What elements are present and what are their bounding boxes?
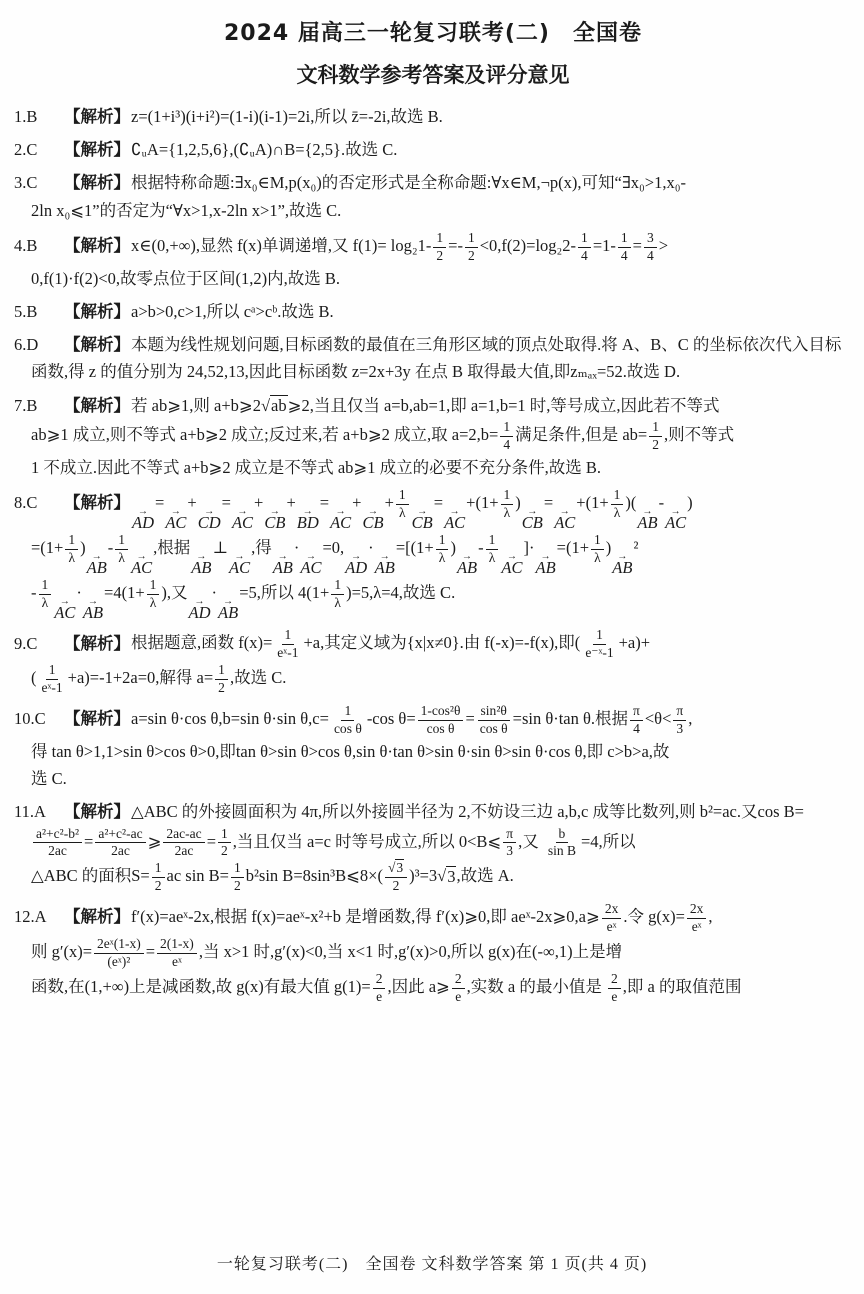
vector-expression: →AC xyxy=(554,509,575,532)
vector-expression: →AB xyxy=(87,554,107,577)
vector-expression: →AB xyxy=(612,554,632,577)
answer-item: 7.B【解析】若 ab⩾1,则 a+b⩾2√ab⩾2,当且仅当 a=b,ab=1… xyxy=(14,392,852,481)
fraction-expression: 12 xyxy=(152,860,165,895)
fraction-expression: 34 xyxy=(644,230,657,265)
fraction-expression: 2(1-x)eˣ xyxy=(157,936,197,971)
analysis-label: 【解析】 xyxy=(64,236,130,255)
vector-expression: →AC xyxy=(300,554,321,577)
solution-first-line: 11.A【解析】△ABC 的外接圆面积为 4π,所以外接圆半径为 2,不妨设三边… xyxy=(14,798,852,825)
answer-item: 8.C【解析】→AD=→AC+→CD=→AC+→CB+→BD=→AC+→CB+1… xyxy=(14,487,852,622)
vector-expression: →AC xyxy=(165,509,186,532)
fraction-expression: π3 xyxy=(503,826,516,861)
solution-line: 选 C. xyxy=(14,765,852,792)
fraction-expression: 1λ xyxy=(39,577,52,612)
vector-expression: →AC xyxy=(54,599,75,622)
answer-item: 11.A【解析】△ABC 的外接圆面积为 4π,所以外接圆半径为 2,不妨设三边… xyxy=(14,798,852,895)
fraction-expression: 2e xyxy=(608,971,621,1006)
analysis-label: 【解析】 xyxy=(64,140,130,159)
fraction-expression: 2xeˣ xyxy=(602,901,622,936)
question-number-answer: 8.C xyxy=(14,489,54,516)
page-title: 2024 届高三一轮复习联考(二) 全国卷 xyxy=(14,16,852,47)
solution-first-line: 9.C【解析】根据题意,函数 f(x)=1eˣ-1+a,其定义域为{x|x≠0}… xyxy=(14,627,852,662)
answer-item: 1.B【解析】z=(1+i³)(i+i²)=(1-i)(i-1)=2i,所以 z… xyxy=(14,103,852,130)
question-number-answer: 12.A xyxy=(14,903,54,930)
fraction-expression: 1eˣ-1 xyxy=(274,627,301,662)
fraction-expression: π3 xyxy=(673,703,686,738)
solution-line: 得 tan θ>1,1>sin θ>cos θ>0,即tan θ>sin θ>c… xyxy=(14,738,852,765)
solution-line: 1 不成立.因此不等式 a+b⩾2 成立是不等式 ab⩾1 成立的必要不充分条件… xyxy=(14,454,852,481)
vector-expression: →AC xyxy=(501,554,522,577)
page-footer: 一轮复习联考(二) 全国卷 文科数学答案 第 1 页(共 4 页) xyxy=(0,1251,864,1274)
solution-first-line: 4.B【解析】x∈(0,+∞),显然 f(x)单调递增,又 f(1)= log₂… xyxy=(14,230,852,265)
fraction-expression: 12 xyxy=(433,230,446,265)
solution-line: a²+c²-b²2ac=a²+c²-ac2ac⩾2ac-ac2ac=12,当且仅… xyxy=(14,826,852,861)
solution-line: =(1+1λ)→AB-1λ→AC,根据→AB⊥→AC,得→AB·→AC=0,→A… xyxy=(14,532,852,577)
analysis-label: 【解析】 xyxy=(64,907,130,926)
fraction-expression: 1λ xyxy=(591,532,604,567)
fraction-expression: 2ac-ac2ac xyxy=(163,826,204,861)
solution-first-line: 12.A【解析】f′(x)=aeˣ-2x,根据 f(x)=aeˣ-x²+b 是增… xyxy=(14,901,852,936)
fraction-expression: a²+c²-b²2ac xyxy=(33,826,82,861)
answer-item: 2.C【解析】∁ᵤA={1,2,5,6},(∁ᵤA)∩B={2,5}.故选 C. xyxy=(14,136,852,163)
question-number-answer: 7.B xyxy=(14,392,54,419)
vector-expression: →CB xyxy=(362,509,383,532)
solution-line: ab⩾1 成立,则不等式 a+b⩾2 成立;反过来,若 a+b⩾2 成立,取 a… xyxy=(14,419,852,454)
answer-item: 10.C【解析】a=sin θ·cos θ,b=sin θ·sin θ,c=1c… xyxy=(14,703,852,792)
analysis-label: 【解析】 xyxy=(64,107,130,126)
fraction-expression: 12 xyxy=(649,419,662,454)
fraction-expression: 2eˣ(1-x)(eˣ)² xyxy=(94,936,144,971)
fraction-expression: 12 xyxy=(215,662,228,697)
fraction-expression: 14 xyxy=(618,230,631,265)
vector-expression: →AD xyxy=(345,554,367,577)
fraction-expression: 2xeˣ xyxy=(687,901,707,936)
fraction-expression: 12 xyxy=(218,826,231,861)
analysis-label: 【解析】 xyxy=(64,493,130,512)
question-number-answer: 6.D xyxy=(14,331,54,358)
vector-expression: →AB xyxy=(457,554,477,577)
solution-first-line: 5.B【解析】a>b>0,c>1,所以 cᵃ>cᵇ.故选 B. xyxy=(14,298,852,325)
question-number-answer: 3.C xyxy=(14,169,54,196)
vector-expression: →AB xyxy=(637,509,657,532)
vector-expression: →AD xyxy=(189,599,211,622)
vector-expression: →CD xyxy=(198,509,221,532)
fraction-expression: 1e⁻ˣ-1 xyxy=(582,627,616,662)
vector-expression: →AC xyxy=(232,509,253,532)
solution-line: 0,f(1)·f(2)<0,故零点位于区间(1,2)内,故选 B. xyxy=(14,265,852,292)
solution-line: (1eˣ-1+a)=-1+2a=0,解得 a=12,故选 C. xyxy=(14,662,852,697)
solution-line: △ABC 的面积S=12ac sin B=12b²sin B=8sin³B⩽8×… xyxy=(14,860,852,895)
vector-expression: →AC xyxy=(444,509,465,532)
solution-first-line: 1.B【解析】z=(1+i³)(i+i²)=(1-i)(i-1)=2i,所以 z… xyxy=(14,103,852,130)
analysis-label: 【解析】 xyxy=(64,173,130,192)
vector-expression: →AB xyxy=(218,599,238,622)
answer-item: 9.C【解析】根据题意,函数 f(x)=1eˣ-1+a,其定义域为{x|x≠0}… xyxy=(14,627,852,697)
fraction-expression: 1λ xyxy=(65,532,78,567)
fraction-expression: 1-cos²θcos θ xyxy=(418,703,464,738)
vector-expression: →AC xyxy=(665,509,686,532)
vector-expression: →BD xyxy=(297,509,319,532)
answer-item: 4.B【解析】x∈(0,+∞),显然 f(x)单调递增,又 f(1)= log₂… xyxy=(14,230,852,292)
vector-expression: →AB xyxy=(535,554,555,577)
sqrt-expression: √3 xyxy=(388,859,404,875)
solution-line: 2ln x₀⩽1”的否定为“∀x>1,x-2ln x>1”,故选 C. xyxy=(14,197,852,224)
fraction-expression: 1λ xyxy=(436,532,449,567)
analysis-label: 【解析】 xyxy=(64,302,130,321)
fraction-expression: bsin B xyxy=(545,826,579,861)
answer-item: 12.A【解析】f′(x)=aeˣ-2x,根据 f(x)=aeˣ-x²+b 是增… xyxy=(14,901,852,1005)
analysis-label: 【解析】 xyxy=(64,802,130,821)
solution-first-line: 10.C【解析】a=sin θ·cos θ,b=sin θ·sin θ,c=1c… xyxy=(14,703,852,738)
sqrt-expression: √ab xyxy=(261,395,288,415)
vector-expression: →AC xyxy=(330,509,351,532)
solution-line: -1λ→AC·→AB=4(1+1λ),又→AD·→AB=5,所以 4(1+1λ)… xyxy=(14,577,852,622)
fraction-expression: 12 xyxy=(231,860,244,895)
fraction-expression: 12 xyxy=(465,230,478,265)
fraction-expression: 1eˣ-1 xyxy=(39,662,66,697)
fraction-expression: 1λ xyxy=(611,487,624,522)
sqrt-expression: √3 xyxy=(437,866,456,886)
question-number-answer: 10.C xyxy=(14,705,54,732)
solution-line: 函数,在(1,+∞)上是减函数,故 g(x)有最大值 g(1)=2e,因此 a⩾… xyxy=(14,971,852,1006)
fraction-expression: sin²θcos θ xyxy=(477,703,511,738)
vector-expression: →CB xyxy=(264,509,285,532)
solution-line: 则 g′(x)=2eˣ(1-x)(eˣ)²=2(1-x)eˣ,当 x>1 时,g… xyxy=(14,936,852,971)
vector-expression: →AC xyxy=(131,554,152,577)
vector-expression: →AC xyxy=(229,554,250,577)
answer-item: 6.D【解析】本题为线性规划问题,目标函数的最值在三角形区域的顶点处取得.将 A… xyxy=(14,331,852,385)
document-page: 2024 届高三一轮复习联考(二) 全国卷 文科数学参考答案及评分意见 1.B【… xyxy=(0,0,864,1294)
question-number-answer: 11.A xyxy=(14,798,54,825)
question-number-answer: 4.B xyxy=(14,232,54,259)
vector-expression: →AB xyxy=(191,554,211,577)
fraction-expression: 14 xyxy=(578,230,591,265)
fraction-expression: 1λ xyxy=(147,577,160,612)
solution-line: 函数,得 z 的值分别为 24,52,13,因此目标函数 z=2x+3y 在点 … xyxy=(14,358,852,385)
solution-first-line: 7.B【解析】若 ab⩾1,则 a+b⩾2√ab⩾2,当且仅当 a=b,ab=1… xyxy=(14,392,852,419)
fraction-expression: 1cos θ xyxy=(331,703,365,738)
question-number-answer: 2.C xyxy=(14,136,54,163)
fraction-expression: 14 xyxy=(500,419,513,454)
fraction-expression: 1λ xyxy=(501,487,514,522)
answer-item: 3.C【解析】根据特称命题:∃x₀∈M,p(x₀)的否定形式是全称命题:∀x∈M… xyxy=(14,169,852,223)
page-subtitle: 文科数学参考答案及评分意见 xyxy=(14,59,852,89)
solution-first-line: 6.D【解析】本题为线性规划问题,目标函数的最值在三角形区域的顶点处取得.将 A… xyxy=(14,331,852,358)
vector-expression: →AB xyxy=(375,554,395,577)
fraction-expression: 2e xyxy=(373,971,386,1006)
vector-expression: →CB xyxy=(522,509,543,532)
vector-expression: →AB xyxy=(83,599,103,622)
analysis-label: 【解析】 xyxy=(64,709,130,728)
fraction-expression: 1λ xyxy=(115,532,128,567)
question-number-answer: 1.B xyxy=(14,103,54,130)
fraction-expression: √32 xyxy=(385,860,407,895)
fraction-expression: 2e xyxy=(452,971,465,1006)
solution-first-line: 8.C【解析】→AD=→AC+→CD=→AC+→CB+→BD=→AC+→CB+1… xyxy=(14,487,852,532)
vector-expression: →AB xyxy=(273,554,293,577)
solution-first-line: 3.C【解析】根据特称命题:∃x₀∈M,p(x₀)的否定形式是全称命题:∀x∈M… xyxy=(14,169,852,196)
question-number-answer: 5.B xyxy=(14,298,54,325)
fraction-expression: 1λ xyxy=(396,487,409,522)
fraction-expression: π4 xyxy=(630,703,643,738)
answer-item: 5.B【解析】a>b>0,c>1,所以 cᵃ>cᵇ.故选 B. xyxy=(14,298,852,325)
fraction-expression: 1λ xyxy=(331,577,344,612)
fraction-expression: a²+c²-ac2ac xyxy=(95,826,145,861)
answers-list: 1.B【解析】z=(1+i³)(i+i²)=(1-i)(i-1)=2i,所以 z… xyxy=(14,103,852,1006)
vector-expression: →AD xyxy=(132,509,154,532)
analysis-label: 【解析】 xyxy=(64,396,130,415)
analysis-label: 【解析】 xyxy=(64,634,130,653)
question-number-answer: 9.C xyxy=(14,630,54,657)
solution-first-line: 2.C【解析】∁ᵤA={1,2,5,6},(∁ᵤA)∩B={2,5}.故选 C. xyxy=(14,136,852,163)
analysis-label: 【解析】 xyxy=(64,335,130,354)
fraction-expression: 1λ xyxy=(486,532,499,567)
vector-expression: →CB xyxy=(412,509,433,532)
